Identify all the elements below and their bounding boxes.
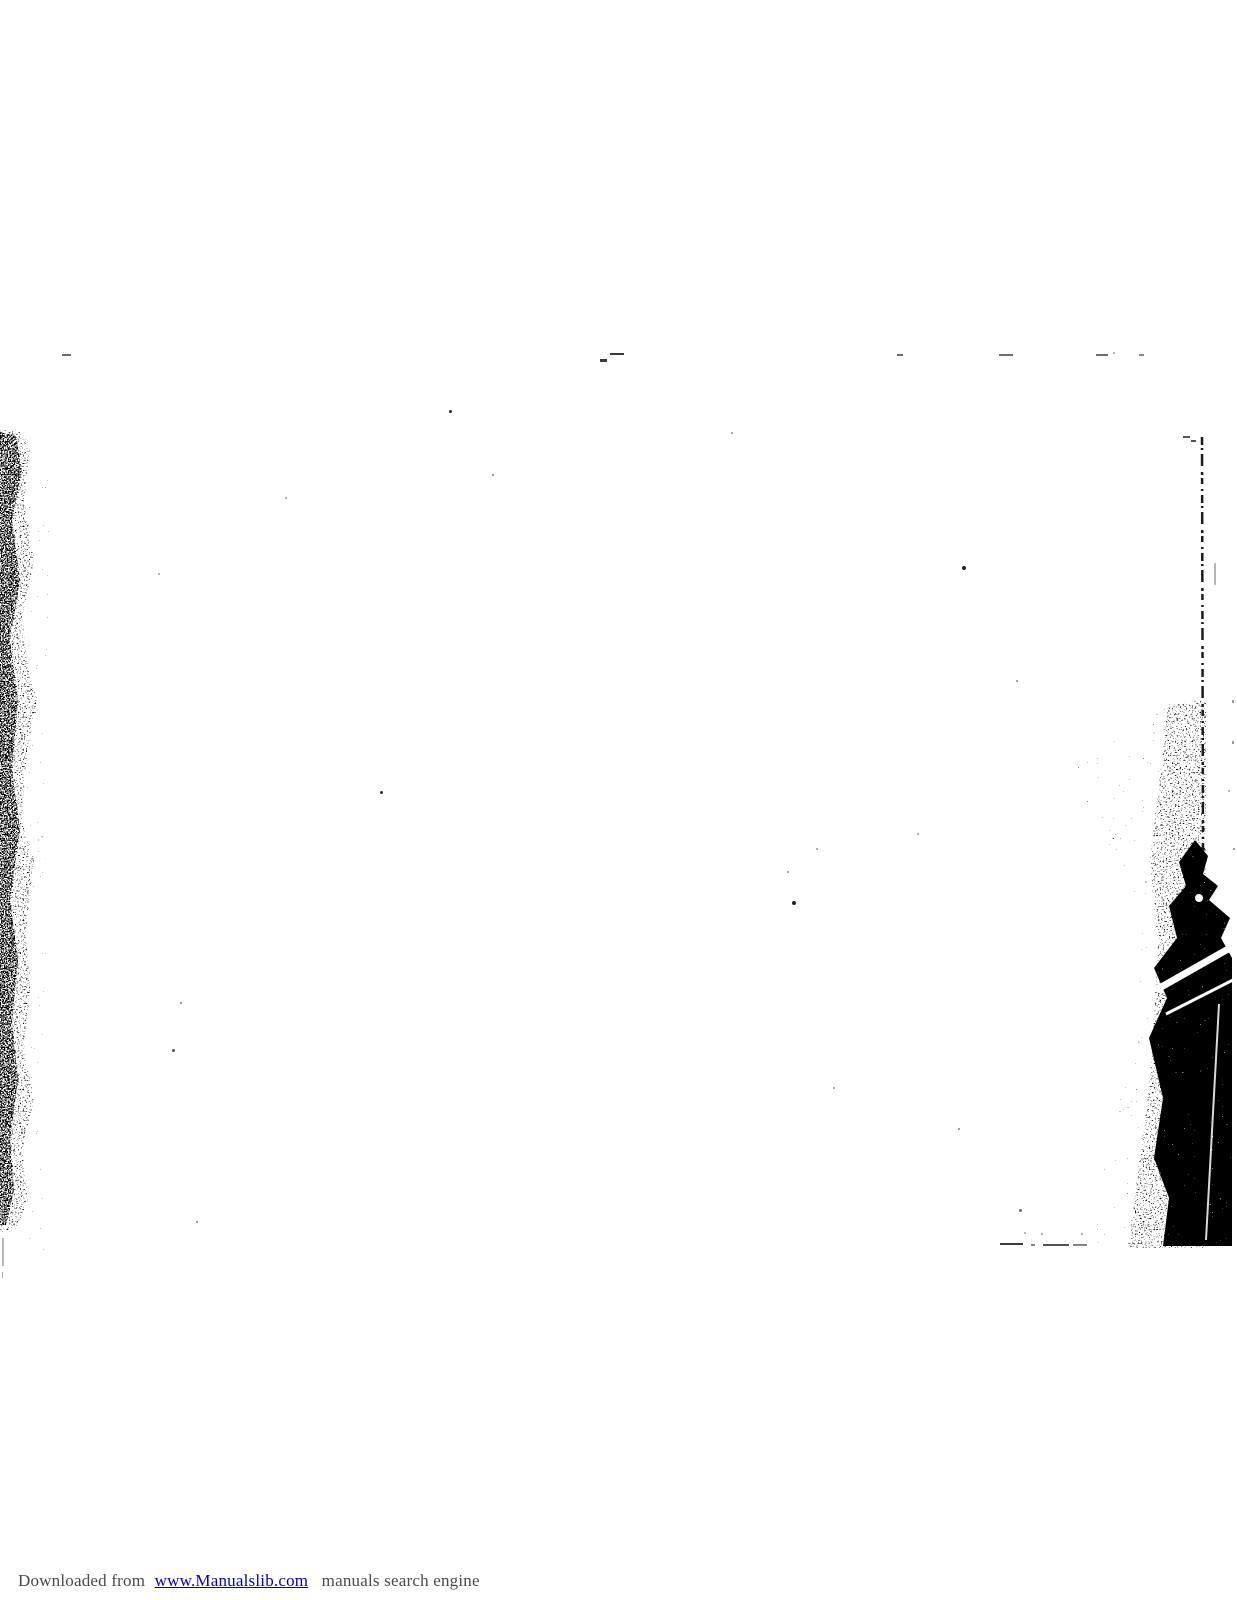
scanned-page: Downloaded from www.Manualslib.com manua…	[0, 0, 1237, 1600]
scan-artifacts-layer	[0, 0, 1237, 1600]
blob-white-notch	[1195, 894, 1203, 902]
footer-prefix: Downloaded from	[18, 1571, 145, 1590]
footer-suffix: manuals search engine	[322, 1571, 480, 1590]
footer: Downloaded from www.Manualslib.com manua…	[18, 1571, 480, 1591]
manualslib-link[interactable]: www.Manualslib.com	[155, 1571, 309, 1590]
